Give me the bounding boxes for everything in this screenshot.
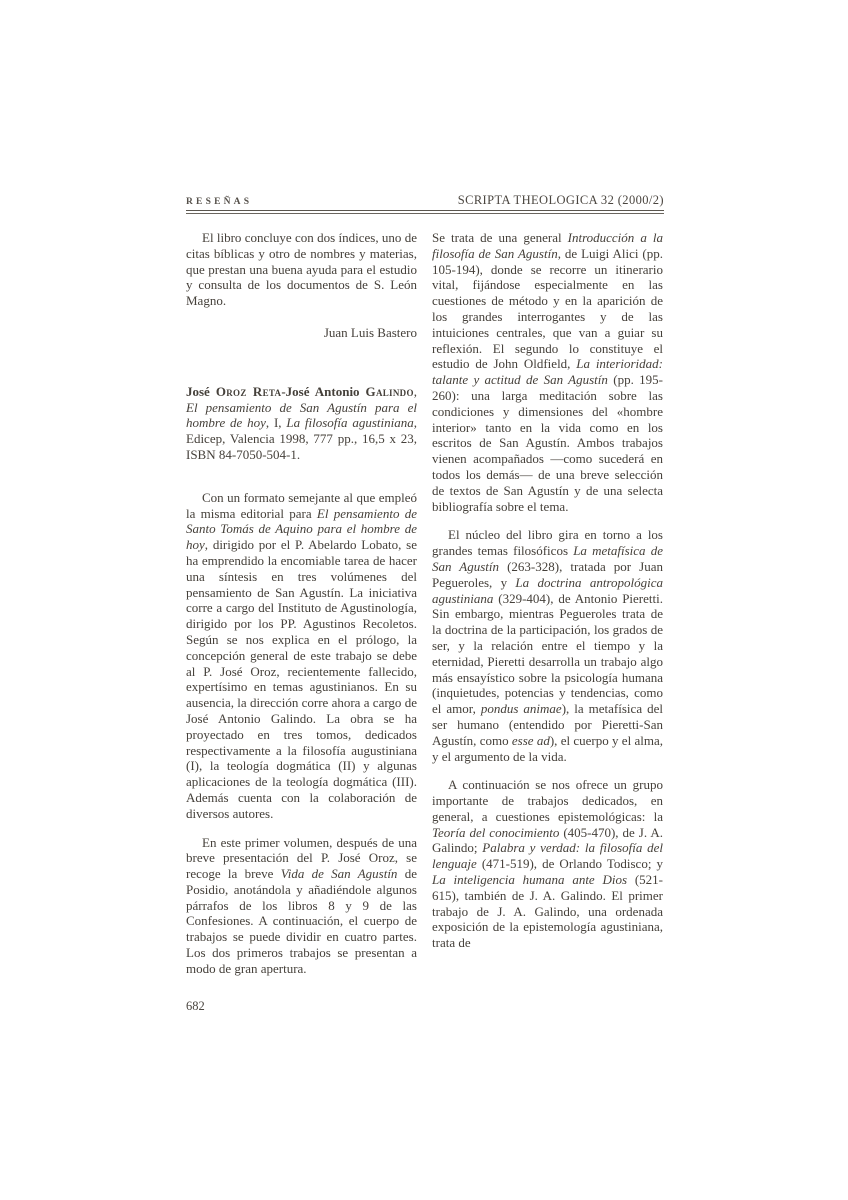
text-segment: La inteligencia humana ante Dios bbox=[432, 872, 627, 887]
text-segment: pondus animae bbox=[481, 701, 562, 716]
page-number: 682 bbox=[186, 999, 205, 1014]
paragraph-formato: Con un formato semejante al que empleó l… bbox=[186, 490, 417, 822]
text-segment: , de Luigi Alici (pp. 105-194), donde se… bbox=[432, 246, 663, 372]
text-segment: , dirigido por el P. Abelardo Lobato, se… bbox=[186, 537, 417, 821]
book-reference-heading: José Oroz Reta-José Antonio Galindo, El … bbox=[186, 384, 417, 463]
text-segment: Galindo bbox=[366, 384, 414, 399]
right-column: Se trata de una general Introducción a l… bbox=[432, 230, 663, 977]
text-segment: , bbox=[414, 384, 417, 399]
text-segment: (471-519), de Orlando Todisco; y bbox=[477, 856, 663, 871]
text-segment: esse ad bbox=[512, 733, 550, 748]
running-header: RESEÑAS SCRIPTA THEOLOGICA 32 (2000/2) bbox=[186, 193, 664, 208]
text-segment: Vida de San Agustín bbox=[281, 866, 398, 881]
text-segment: Oroz Reta bbox=[216, 384, 282, 399]
paragraph-nucleo: El núcleo del libro gira en torno a los … bbox=[432, 527, 663, 764]
text-segment: El libro concluye con dos índices, uno d… bbox=[186, 230, 417, 308]
text-segment: de Posidio, anotándola y añadiéndole alg… bbox=[186, 866, 417, 976]
text-segment: (pp. 195-260): una larga meditación sobr… bbox=[432, 372, 663, 513]
running-header-section-label: RESEÑAS bbox=[186, 197, 252, 207]
two-column-text: El libro concluye con dos índices, uno d… bbox=[186, 230, 664, 977]
paragraph-review-conclusion: El libro concluye con dos índices, uno d… bbox=[186, 230, 417, 309]
left-column: El libro concluye con dos índices, uno d… bbox=[186, 230, 417, 977]
header-double-rule bbox=[186, 210, 664, 214]
journal-page-text-block: RESEÑAS SCRIPTA THEOLOGICA 32 (2000/2) E… bbox=[186, 193, 664, 977]
reviewer-signature: Juan Luis Bastero bbox=[186, 325, 417, 341]
text-segment: Se trata de una general bbox=[432, 230, 568, 245]
text-segment: Teoría del conocimiento bbox=[432, 825, 559, 840]
paragraph-primer-volumen: En este primer volumen, después de una b… bbox=[186, 835, 417, 977]
text-segment: La filosofía agustiniana bbox=[286, 415, 413, 430]
text-segment: (329-404), de Antonio Pieretti. Sin emba… bbox=[432, 591, 663, 717]
text-segment: A continuación se nos ofrece un grupo im… bbox=[432, 777, 663, 824]
paragraph-alici-oldfield: Se trata de una general Introducción a l… bbox=[432, 230, 663, 514]
text-segment: , I, bbox=[266, 415, 286, 430]
paragraph-continuacion: A continuación se nos ofrece un grupo im… bbox=[432, 777, 663, 951]
running-header-journal-title: SCRIPTA THEOLOGICA 32 (2000/2) bbox=[458, 193, 664, 208]
text-segment: -José Antonio bbox=[281, 384, 365, 399]
text-segment: José bbox=[186, 384, 216, 399]
